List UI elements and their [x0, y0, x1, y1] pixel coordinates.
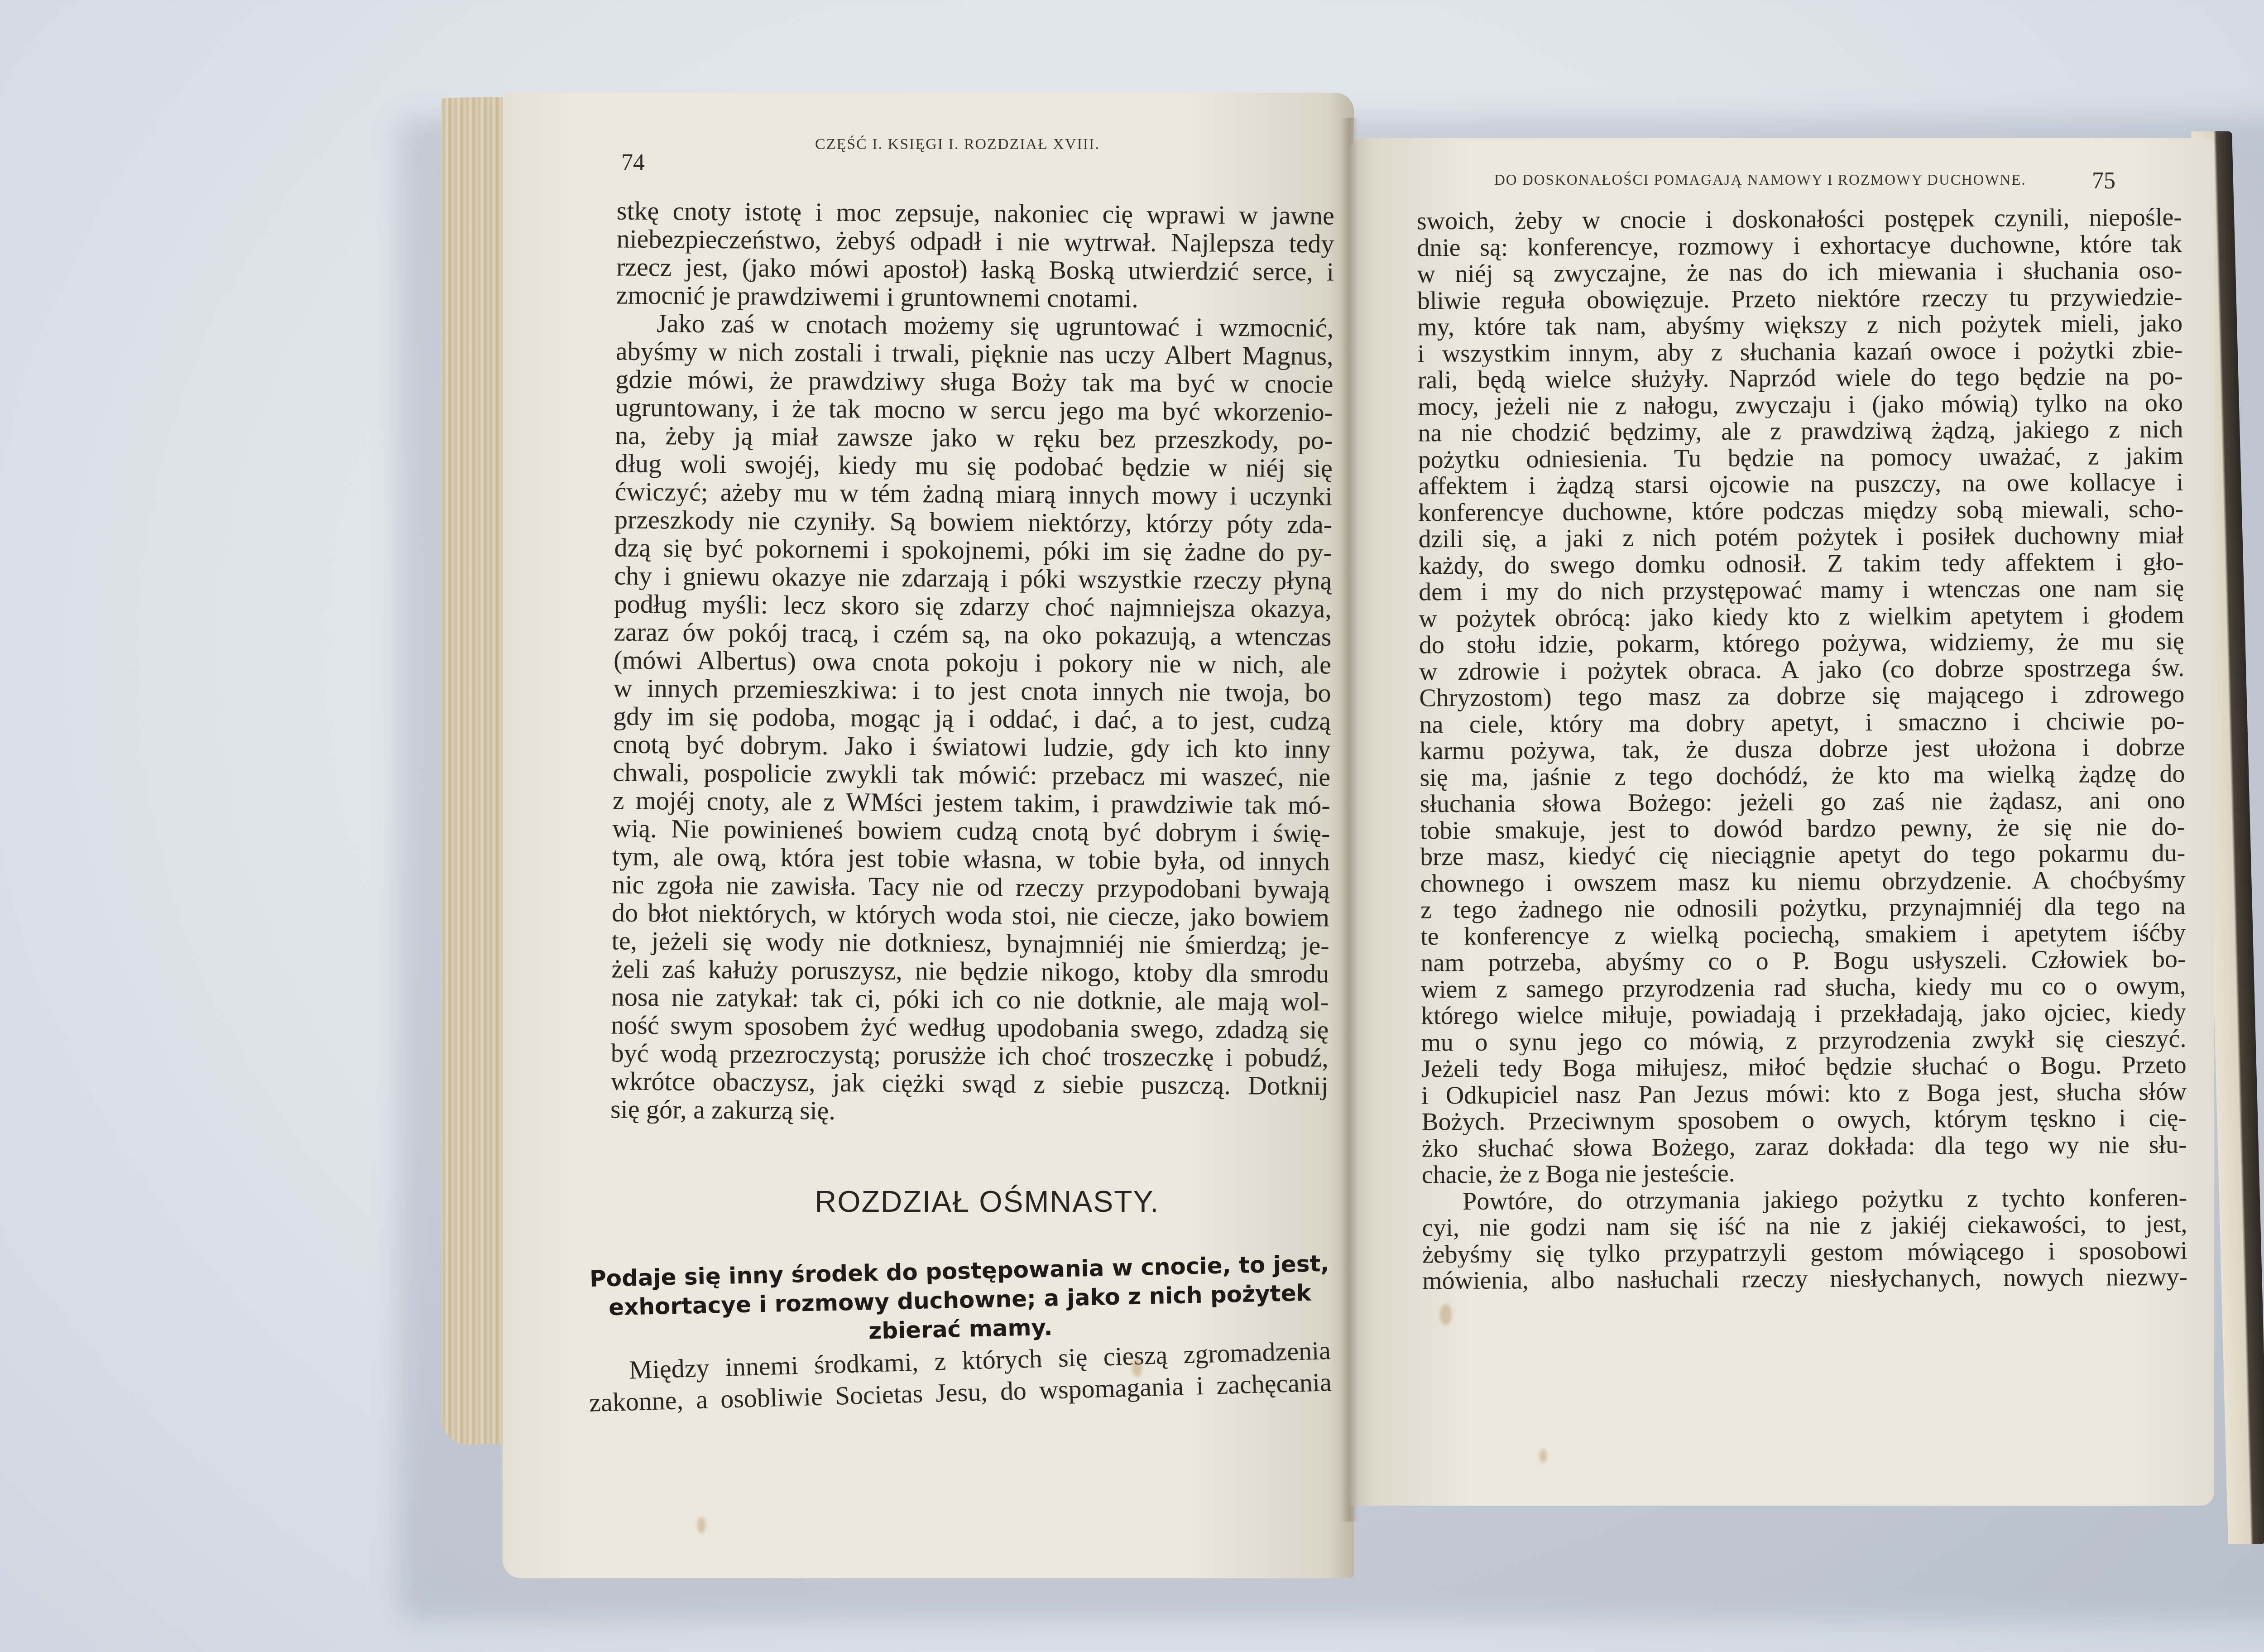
text-line: ćwiczyć; ażeby mu w tém żadną miarą inny…	[614, 477, 1332, 510]
text-line: mówienia, albo nasłuchali rzeczy niesłyc…	[1422, 1264, 2187, 1294]
text-line: dzą się być pokornemi i spokojnemi, póki…	[614, 533, 1332, 567]
right-running-head: Do doskonałości pomagają namowy i rozmow…	[1494, 172, 2026, 189]
text-line: dem i my do nich przystępować mamy i wte…	[1419, 575, 2184, 605]
chapter-title: ROZDZIAŁ OŚMNASTY.	[625, 1184, 1349, 1219]
text-line: w zdrowie i pożytek obraca. A jako (co d…	[1419, 654, 2184, 685]
text-line: się ma, jaśnie z tego dochódź, że kto ma…	[1420, 760, 2185, 791]
text-line: brze masz, kiedyć cię nieciągnie apetyt …	[1420, 840, 2185, 870]
right-page-body: swoich, żeby w cnocie i doskonałości pos…	[1417, 204, 2188, 1294]
text-line: ugruntowany, i że tak mocno w sercu jego…	[615, 393, 1333, 426]
text-line: nosa nie zatykał: tak ci, póki ich co ni…	[611, 983, 1329, 1016]
text-line: mocy, jeżeli nie z nałogu, zwyczaju i (j…	[1418, 389, 2183, 420]
text-line: swoich, żeby w cnocie i doskonałości pos…	[1417, 204, 2182, 235]
text-line: wkrótce obaczysz, jak ciężki swąd z sieb…	[610, 1067, 1328, 1100]
text-line: dzili się, a jaki z nich potém pożytek i…	[1418, 522, 2183, 552]
text-line: tym, ale ową, która jest tobie własna, w…	[612, 842, 1330, 875]
text-line: w pożytek obrócą: jako kiedy kto z wielk…	[1419, 601, 2184, 632]
left-running-head: Część I. Księgi I. Rozdział XVIII.	[815, 136, 1100, 153]
text-line: niebezpieczeństwo, żebyś odpadł i nie wy…	[616, 225, 1334, 258]
text-line: te, jeżeli się wody nie dotkniesz, bynaj…	[611, 927, 1329, 960]
text-line: bliwie reguła obowięzuje. Przeto niektór…	[1417, 283, 2182, 314]
foxing-stain	[697, 1517, 705, 1533]
text-line: i Odkupiciel nasz Pan Jezus mówi: kto z …	[1421, 1078, 2187, 1109]
text-line: chwali, pospolicie zwykli tak mówić: prz…	[613, 758, 1330, 791]
chapter-summary: Podaje się inny środek do postępowania w…	[583, 1249, 1337, 1352]
text-line: konferencye duchowne, które podczas międ…	[1418, 495, 2183, 526]
text-line: i wszystkim innym, aby z słuchania kazań…	[1417, 336, 2182, 367]
text-line: pożytku odniesienia. Tu będzie na pomocy…	[1418, 442, 2183, 473]
text-line: Powtóre, do otrzymania jakiego pożytku z…	[1422, 1184, 2187, 1215]
left-page-number: 74	[621, 149, 645, 176]
text-line: chacie, że z Boga nie jesteście.	[1422, 1158, 2187, 1188]
text-line: w innych przemieszkiwa: i to jest cnota …	[613, 674, 1331, 707]
text-line: cnotą być dobrym. Jako i światowi ludzie…	[613, 730, 1331, 763]
text-line: dług woli swojéj, kiedy mu się podobać b…	[615, 449, 1333, 482]
text-line: cyi, nie godzi nam się iść na nie z jaki…	[1422, 1211, 2187, 1241]
text-line: każdy, do swego domku odnosił. Z takim t…	[1419, 548, 2184, 579]
text-line: abyśmy w nich zostali i trwali, pięknie …	[616, 337, 1333, 370]
text-line: słuchania słowa Bożego: jeżeli go zaś ni…	[1420, 787, 2185, 817]
text-line: żko słuchać słowa Bożego, zaraz dokłada:…	[1421, 1131, 2187, 1162]
text-line: tobie smakuje, jest to dowód bardzo pewn…	[1420, 813, 2185, 844]
text-line: Bożych. Przeciwnym sposobem o owych, któ…	[1421, 1105, 2187, 1135]
text-line: Jeżeli tedy Boga miłujesz, miłoć będzie …	[1421, 1052, 2187, 1082]
right-page-number: 75	[2092, 168, 2115, 194]
text-line: stkę cnoty istotę i moc zepsuje, nakonie…	[617, 197, 1334, 230]
text-line: ność swym sposobem żyć według upodobania…	[611, 1011, 1329, 1044]
text-line: do błot niektórych, w których woda stoi,…	[612, 898, 1329, 932]
text-line: zaraz ów pokój tracą, i czém są, na oko …	[614, 618, 1331, 651]
foxing-stain	[1540, 1449, 1547, 1463]
text-line: rali, będą wielce służyły. Naprzód wiele…	[1418, 363, 2183, 394]
text-line: wiem z samego przyrodzenia rad słucha, k…	[1421, 972, 2186, 1003]
text-line: być wodą przezroczystą; porusżże ich cho…	[611, 1039, 1329, 1072]
text-line: w niéj są zwyczajne, że nas do ich miewa…	[1417, 257, 2182, 288]
foxing-stain	[1440, 1304, 1452, 1325]
text-line: wią. Nie powinieneś bowiem cudzą cnotą b…	[612, 814, 1330, 847]
book-gutter	[1340, 118, 1358, 1522]
text-line: nam potrzeba, abyśmy co o P. Bogu usłysz…	[1420, 946, 2186, 976]
text-line: Jako zaś w cnotach możemy się ugruntować…	[616, 309, 1333, 342]
text-line: na ciele, który ma dobry apetyt, i smacz…	[1420, 707, 2185, 738]
text-line: affektem i żądzą starsi ojcowie na puszc…	[1418, 469, 2183, 499]
text-line: z tego żadnego nie odnosili pożytku, prz…	[1420, 893, 2186, 923]
text-line: przeszkody nie czyniły. Są bowiem niektó…	[614, 505, 1332, 538]
left-page-body: stkę cnoty istotę i moc zepsuje, nakonie…	[610, 197, 1334, 1128]
text-line: nic zgoła nie zawisła. Tacy nie od rzecz…	[612, 870, 1329, 903]
foxing-stain	[1132, 1359, 1142, 1377]
text-line: na nie chodzić będzimy, ale z prawdziwą …	[1418, 416, 2183, 447]
text-line: te konferencye z wielką pociechą, smakie…	[1420, 919, 2186, 950]
text-line: gdzie mówi, że prawdziwy sługa Boży tak …	[615, 365, 1333, 398]
text-line: na, żeby ją miał zawsze jako w ręku bez …	[615, 421, 1333, 454]
text-line: Chryzostom) tego masz za dobrze się mają…	[1419, 681, 2184, 711]
text-line: (mówi Albertus) owa cnota pokoju i pokor…	[614, 646, 1331, 679]
text-line: chownego i owszem masz ku niemu obrzydze…	[1420, 866, 2185, 897]
text-line: gdy im się podoba, mogąc ją i oddać, i d…	[613, 702, 1331, 735]
text-line: rzecz jest, (jako mówi apostoł) łaską Bo…	[616, 253, 1334, 286]
text-line: karmu pożywa, tak, że dusza dobrze jest …	[1420, 734, 2185, 764]
text-line: z mojéj cnoty, ale z WMści jestem takim,…	[613, 786, 1330, 819]
text-line: podług myśli: lecz skoro się zdarzy choć…	[614, 590, 1332, 623]
text-line: zmocnić je prawdziwemi i gruntownemi cno…	[616, 281, 1333, 314]
text-line: my, które tak nam, abyśmy większy z nich…	[1417, 310, 2182, 341]
text-line: dnie są: konferencye, rozmowy i exhortac…	[1417, 231, 2182, 261]
text-line: chy i gniewu okazye nie zdarzają i póki …	[614, 562, 1332, 595]
text-line: którego wielce miłuje, powiadają i przek…	[1421, 999, 2186, 1029]
text-line: żebyśmy się tylko przypatrzyli gestom mó…	[1422, 1237, 2187, 1268]
text-line: mu o synu jego co mówią, z przyrodzenia …	[1421, 1025, 2186, 1056]
text-line: do stołu idzie, pokarm, którego pożywa, …	[1419, 628, 2184, 658]
text-line: żeli zaś kałuży poruszysz, nie będzie ni…	[611, 955, 1329, 988]
left-fore-edge	[441, 97, 505, 1445]
text-line: się gór, a zakurzą się.	[610, 1095, 1328, 1128]
